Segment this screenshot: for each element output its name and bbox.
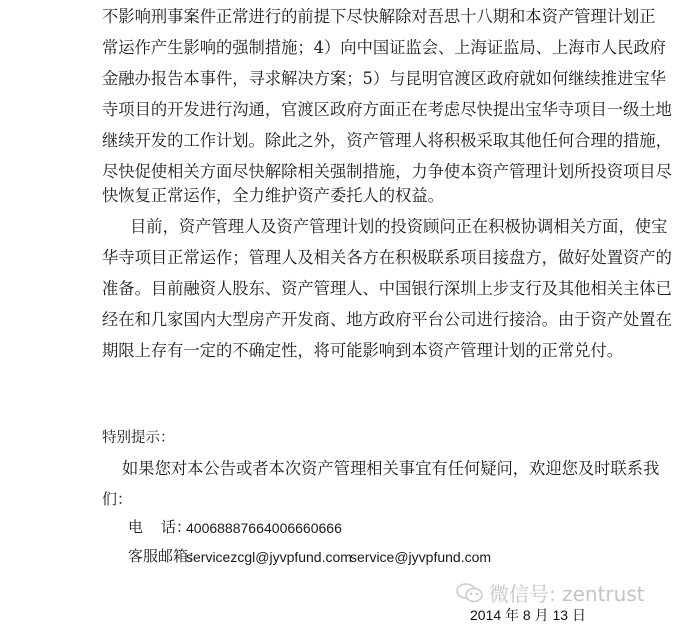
watermark-text: 微信号: zentrust xyxy=(489,578,645,607)
paragraph2-line-2: 华寺项目正常运作；管理人及相关各方在积极联系项目接盘方，做好处置资产的 xyxy=(102,248,580,268)
paragraph1-line-2: 常运作产生影响的强制措施；4）向中国证监会、上海证监局、上海市人民政府 xyxy=(102,38,580,58)
document-date: 2014 年 8 月 13 日 xyxy=(470,605,586,625)
phone-number-1[interactable]: 4006888766 xyxy=(186,518,264,538)
paragraph1-line-5: 继续开发的工作计划。除此之外，资产管理人将积极采取其他任何合理的措施， xyxy=(102,131,580,151)
paragraph1-line-7: 快恢复正常运作，全力维护资产委托人的权益。 xyxy=(102,186,580,206)
paragraph2-line-1: 目前，资产管理人及资产管理计划的投资顾问正在积极协调相关方面，使宝 xyxy=(130,217,580,237)
email-link-2[interactable]: service@jyvpfund.com xyxy=(350,547,491,567)
phone-label-1: 电 xyxy=(128,517,143,537)
paragraph1-line-6: 尽快促使相关方面尽快解除相关强制措施，力争使本资产管理计划所投资项目尽 xyxy=(102,162,580,182)
notice-heading: 特别提示： xyxy=(102,428,175,448)
paragraph2-line-5: 期限上存有一定的不确定性，将可能影响到本资产管理计划的正常兑付。 xyxy=(102,341,580,361)
paragraph1-line-1: 不影响刑事案件正常进行的前提下尽快解除对吾思十八期和本资产管理计划正 xyxy=(102,7,580,27)
notice-body-line-1: 如果您对本公告或者本次资产管理相关事宜有任何疑问，欢迎您及时联系我 xyxy=(122,459,580,479)
paragraph1-line-4: 寺项目的开发进行沟通，官渡区政府方面正在考虑尽快提出宝华寺项目一级土地 xyxy=(102,100,580,120)
paragraph2-line-4: 经在和几家国内大型房产开发商、地方政府平台公司进行接洽。由于资产处置在 xyxy=(102,310,580,330)
wechat-icon xyxy=(455,582,485,604)
email-link-1[interactable]: servicezcgl@jyvpfund.com xyxy=(186,547,352,567)
wechat-watermark: 微信号: zentrust xyxy=(455,578,645,607)
paragraph1-line-3: 金融办报告本事件，寻求解决方案；5）与昆明官渡区政府就如何继续推进宝华 xyxy=(102,69,580,89)
paragraph2-line-3: 准备。目前融资人股东、资产管理人、中国银行深圳上步支行及其他相关主体已 xyxy=(102,279,580,299)
notice-body-line-2: 们： xyxy=(102,489,132,509)
phone-number-2[interactable]: 4006660666 xyxy=(264,518,342,538)
